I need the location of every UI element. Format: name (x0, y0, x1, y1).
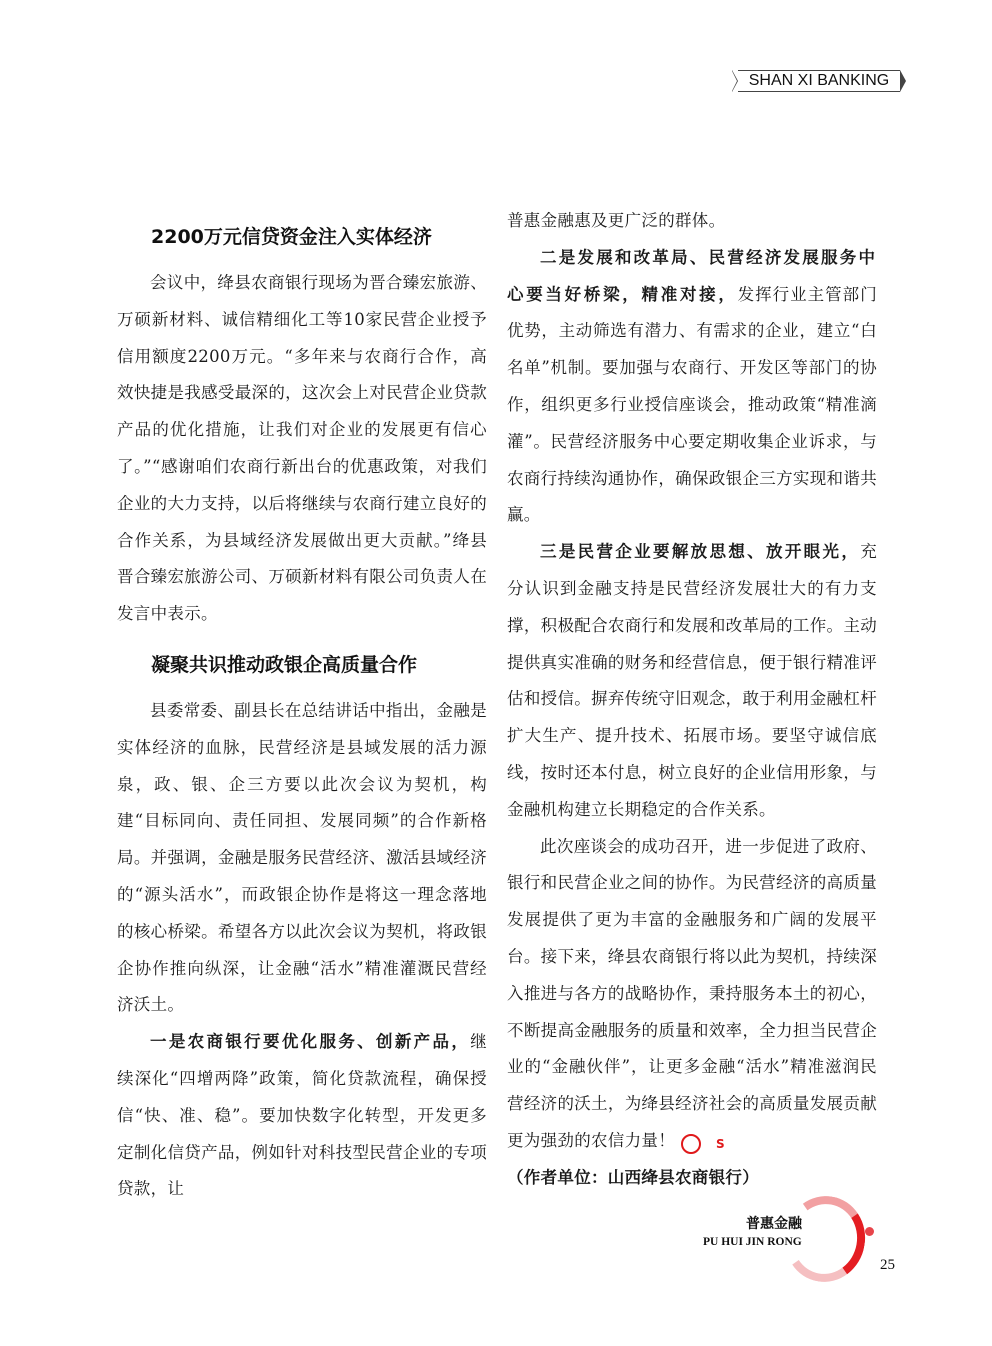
left-column: 2200万元信贷资金注入实体经济 会议中，绛县农商银行现场为晋合臻宏旅游、万硕新… (117, 203, 487, 1208)
point-two-body: 发挥行业主管部门优势，主动筛选有潜力、有需求的企业，建立“白名单”机制。要加强与… (507, 285, 877, 525)
bank-logo-end-mark-icon: S (681, 1134, 701, 1154)
tag-left-bracket (732, 71, 737, 91)
decorative-dot-icon (865, 1227, 874, 1236)
paragraph-point-three: 三是民营企业要解放思想、放开眼光，充分认识到金融支持是民营经济发展壮大的有力支撑… (507, 534, 877, 828)
page-number: 25 (880, 1257, 895, 1274)
paragraph-point-two: 二是发展和改革局、民营经济发展服务中心要当好桥梁，精准对接，发挥行业主管部门优势… (507, 240, 877, 534)
point-one-body: 继续深化“四增两降”政策，简化贷款流程，确保授信“快、准、稳”。要加快数字化转型… (117, 1032, 487, 1198)
section-heading-1: 2200万元信贷资金注入实体经济 (117, 225, 487, 249)
page-footer: 普惠金融 PU HUI JIN RONG (700, 1195, 910, 1290)
point-one-lead: 一是农商银行要优化服务、创新产品， (150, 1032, 470, 1051)
paragraph-conclusion: 此次座谈会的成功召开，进一步促进了政府、银行和民营企业之间的协作。为民营经济的高… (507, 829, 877, 1160)
paragraph-point-one: 一是农商银行要优化服务、创新产品，继续深化“四增两降”政策，简化贷款流程，确保授… (117, 1024, 487, 1208)
point-three-lead: 三是民营企业要解放思想、放开眼光， (540, 542, 860, 561)
column-name-cn: 普惠金融 (746, 1213, 802, 1233)
right-column: 普惠金融惠及更广泛的群体。 二是发展和改革局、民营经济发展服务中心要当好桥梁，精… (507, 203, 877, 1197)
author-affiliation: （作者单位：山西绛县农商银行） (507, 1160, 877, 1197)
column-name-en: PU HUI JIN RONG (703, 1236, 802, 1248)
paragraph-leader-speech: 县委常委、副县长在总结讲话中指出，金融是实体经济的血脉，民营经济是县域发展的活力… (117, 693, 487, 1024)
paragraph-continued: 普惠金融惠及更广泛的群体。 (507, 203, 877, 240)
section-heading-2: 凝聚共识推动政银企高质量合作 (117, 653, 487, 677)
section-tag-label: SHAN XI BANKING (749, 72, 889, 90)
conclusion-body: 此次座谈会的成功召开，进一步促进了政府、银行和民营企业之间的协作。为民营经济的高… (507, 837, 877, 1150)
paragraph-credit-grant: 会议中，绛县农商银行现场为晋合臻宏旅游、万硕新材料、诚信精细化工等10家民营企业… (117, 265, 487, 633)
point-three-body: 充分认识到金融支持是民营经济发展壮大的有力支撑，积极配合农商行和发展和改革局的工… (507, 542, 877, 819)
section-tag: SHAN XI BANKING (738, 70, 900, 92)
tag-right-bracket (900, 71, 905, 91)
